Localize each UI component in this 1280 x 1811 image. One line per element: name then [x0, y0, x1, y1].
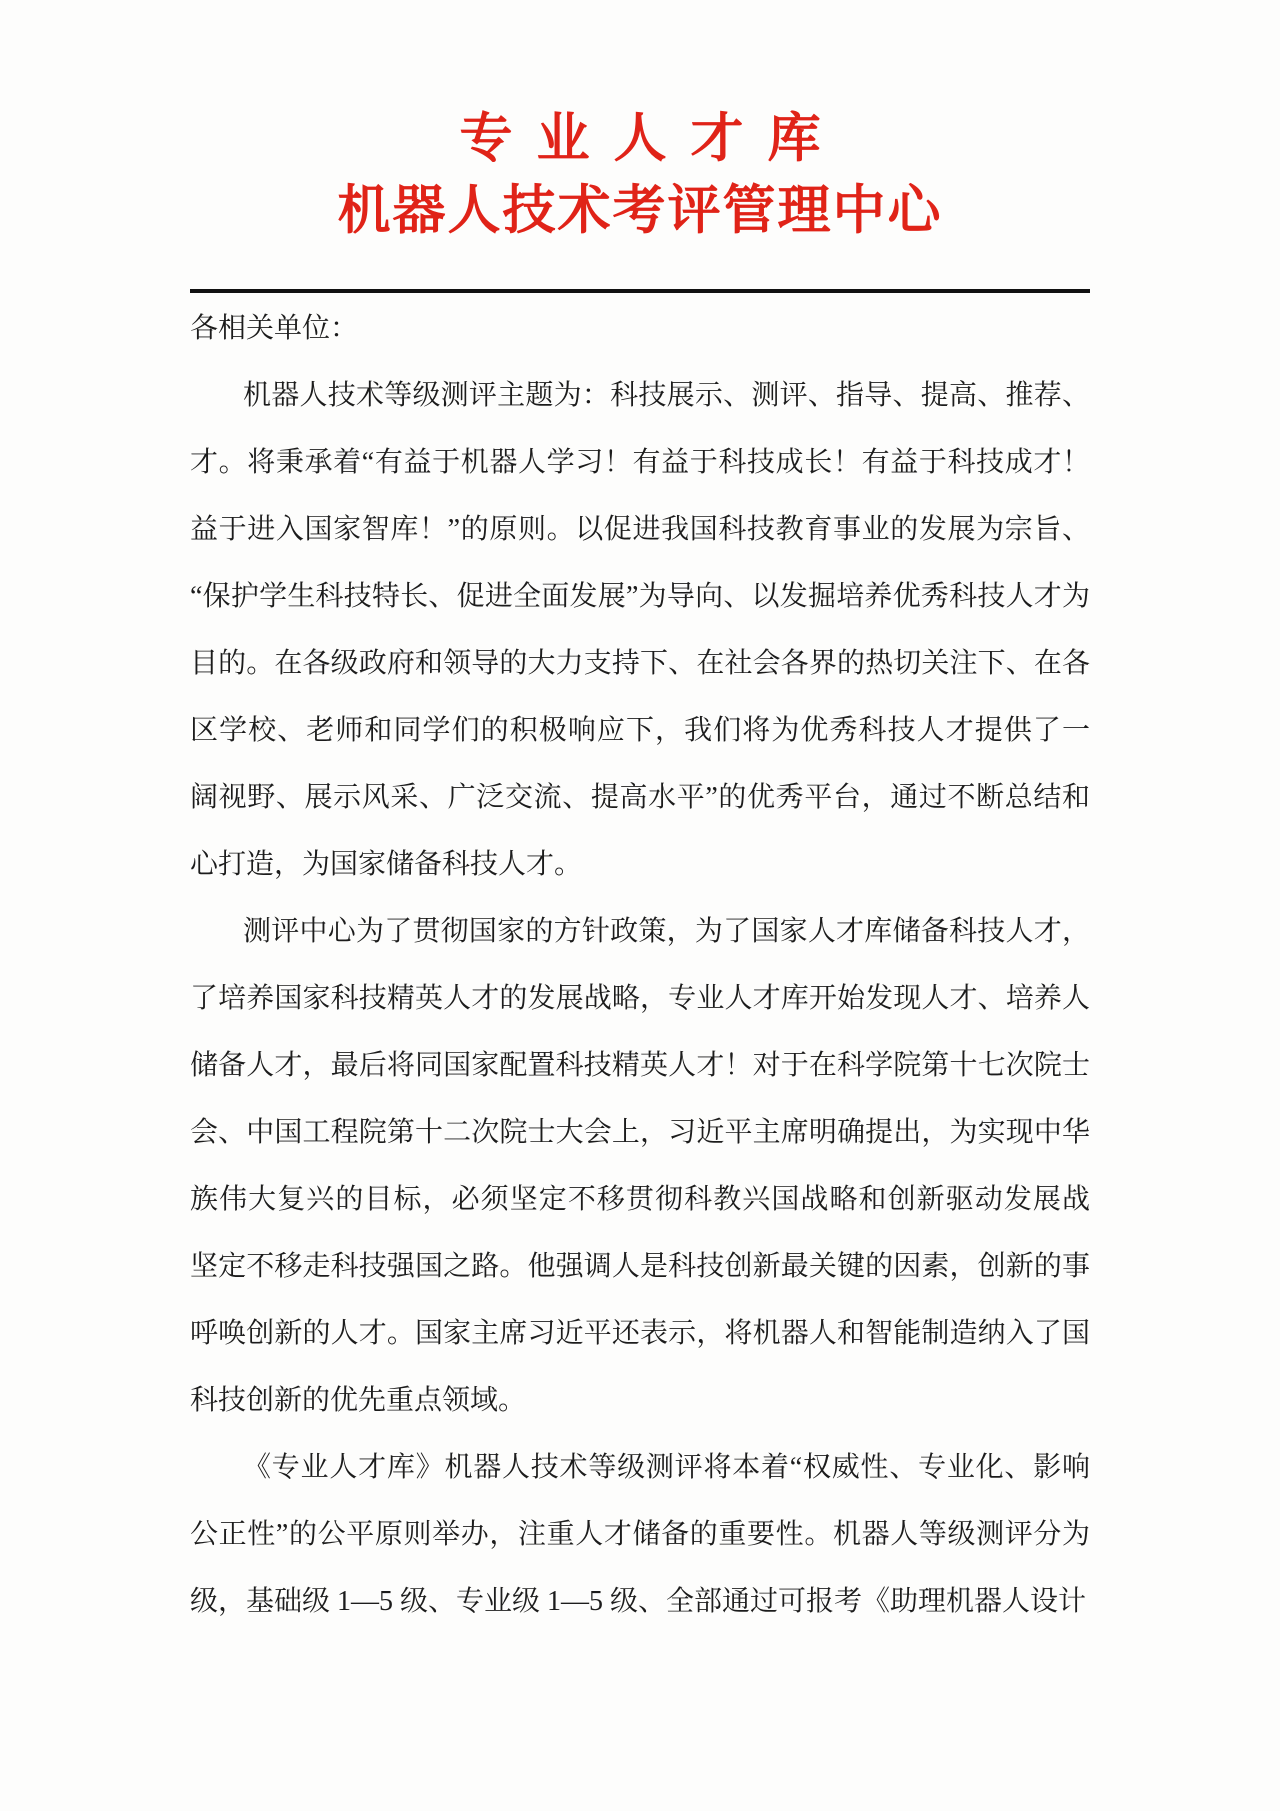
- document-title: 专业人才库 机器人技术考评管理中心: [0, 103, 1280, 247]
- body-line: “保护学生科技特长、促进全面发展”为导向、以发掘培养优秀科技人才为: [190, 563, 1090, 630]
- document-page: 专业人才库 机器人技术考评管理中心 各相关单位：机器人技术等级测评主题为：科技展…: [0, 0, 1280, 1811]
- body-line: 心打造，为国家储备科技人才。: [190, 831, 1090, 898]
- body-line: 了培养国家科技精英人才的发展战略，专业人才库开始发现人才、培养人才、: [190, 965, 1090, 1032]
- body-line: 公正性”的公平原则举办，注重人才储备的重要性。机器人等级测评分为十: [190, 1501, 1090, 1568]
- body-line: 益于进入国家智库！”的原则。以促进我国科技教育事业的发展为宗旨、以: [190, 496, 1090, 563]
- body-line: 呼唤创新的人才。国家主席习近平还表示，将机器人和智能制造纳入了国家: [190, 1300, 1090, 1367]
- document-title-line1: 专业人才库: [0, 103, 1280, 175]
- body-line: 才。将秉承着“有益于机器人学习！有益于科技成长！有益于科技成才！有: [190, 429, 1090, 496]
- body-line: 储备人才，最后将同国家配置科技精英人才！对于在科学院第十七次院士大: [190, 1032, 1090, 1099]
- title-divider-rule: [190, 289, 1090, 293]
- body-line: 测评中心为了贯彻国家的方针政策，为了国家人才库储备科技人才，为: [190, 898, 1090, 965]
- body-line: 级，基础级 1—5 级、专业级 1—5 级、全部通过可报考《助理机器人设计师》。: [190, 1568, 1090, 1635]
- document-title-line2: 机器人技术考评管理中心: [0, 175, 1280, 247]
- body-line: 目的。在各级政府和领导的大力支持下、在社会各界的热切关注下、在各地: [190, 630, 1090, 697]
- body-line: 区学校、老师和同学们的积极响应下，我们将为优秀科技人才提供了一个“开: [190, 697, 1090, 764]
- body-line: 各相关单位：: [190, 295, 1090, 362]
- body-line: 科技创新的优先重点领域。: [190, 1367, 1090, 1434]
- body-line: 《专业人才库》机器人技术等级测评将本着“权威性、专业化、影响力、: [190, 1434, 1090, 1501]
- body-line: 机器人技术等级测评主题为：科技展示、测评、指导、提高、推荐、成: [190, 362, 1090, 429]
- body-line: 阔视野、展示风采、广泛交流、提高水平”的优秀平台，通过不断总结和精: [190, 764, 1090, 831]
- body-line: 族伟大复兴的目标，必须坚定不移贯彻科教兴国战略和创新驱动发展战略，: [190, 1166, 1090, 1233]
- body-line: 坚定不移走科技强国之路。他强调人是科技创新最关键的因素，创新的事业: [190, 1233, 1090, 1300]
- body-line: 会、中国工程院第十二次院士大会上，习近平主席明确提出，为实现中华民: [190, 1099, 1090, 1166]
- document-body: 各相关单位：机器人技术等级测评主题为：科技展示、测评、指导、提高、推荐、成才。将…: [190, 295, 1090, 1635]
